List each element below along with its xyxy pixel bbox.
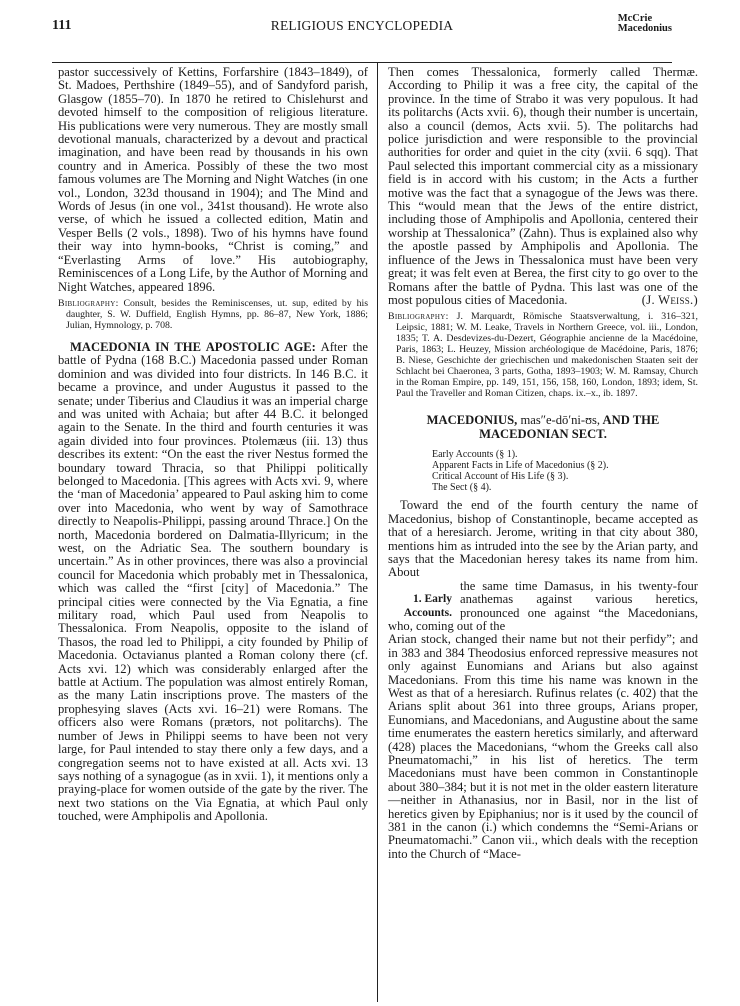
- left-column: pastor successively of Kettins, Forfarsh…: [58, 66, 368, 824]
- title-part-1: MACEDONIUS,: [427, 413, 518, 427]
- header-rule: [52, 62, 672, 63]
- outline-item: Apparent Facts in Life of Macedonius (§ …: [432, 460, 698, 471]
- guide-word-last: Macedonius: [618, 24, 672, 34]
- right-column: Then comes Thessalonica, formerly called…: [388, 66, 698, 861]
- section-1: 1. Early Accounts. the same time Damasus…: [388, 580, 698, 634]
- section-sidenote: 1. Early Accounts.: [388, 593, 452, 620]
- article-heading-macedonia: MACEDONIA IN THE APOSTOLIC AGE:: [70, 340, 316, 354]
- outline-item: The Sect (§ 4).: [432, 482, 698, 493]
- mccrie-bibliography: Bibliography: Consult, besides the Remin…: [58, 298, 368, 331]
- guide-words: McCrie Macedonius: [618, 14, 672, 34]
- article-outline: Early Accounts (§ 1). Apparent Facts in …: [432, 449, 698, 493]
- macedonius-intro: Toward the end of the fourth century the…: [388, 499, 698, 579]
- outline-item: Critical Account of His Life (§ 3).: [432, 471, 698, 482]
- running-title: RELIGIOUS ENCYCLOPEDIA: [52, 18, 672, 34]
- macedonia-continuation: Then comes Thessalonica, formerly called…: [388, 66, 698, 307]
- outline-item: Early Accounts (§ 1).: [432, 449, 698, 460]
- column-divider: [377, 62, 378, 1002]
- bibliography-label: Bibliography:: [388, 311, 449, 322]
- macedonia-bibliography: Bibliography: J. Marquardt, Römische Sta…: [388, 311, 698, 399]
- pronunciation: mas″e-dō′ni-ʊs,: [520, 413, 600, 427]
- article-title-macedonius: MACEDONIUS, mas″e-dō′ni-ʊs, AND THE MACE…: [388, 413, 698, 441]
- macedonia-continuation-text: Then comes Thessalonica, formerly called…: [388, 65, 698, 307]
- macedonia-text: After the battle of Pydna (168 B.C.) Mac…: [58, 340, 368, 823]
- page-header: 111 RELIGIOUS ENCYCLOPEDIA McCrie Macedo…: [52, 14, 672, 50]
- macedonia-article: MACEDONIA IN THE APOSTOLIC AGE: After th…: [58, 341, 368, 824]
- bibliography-label: Bibliography:: [58, 298, 119, 309]
- bibliography-text: J. Marquardt, Römische Staatsverwaltung,…: [396, 311, 698, 399]
- mccrie-continuation: pastor successively of Kettins, Forfarsh…: [58, 66, 368, 294]
- author-signature: (J. Weiss.): [642, 294, 698, 307]
- macedonius-main-text: Arian stock, changed their name but not …: [388, 633, 698, 861]
